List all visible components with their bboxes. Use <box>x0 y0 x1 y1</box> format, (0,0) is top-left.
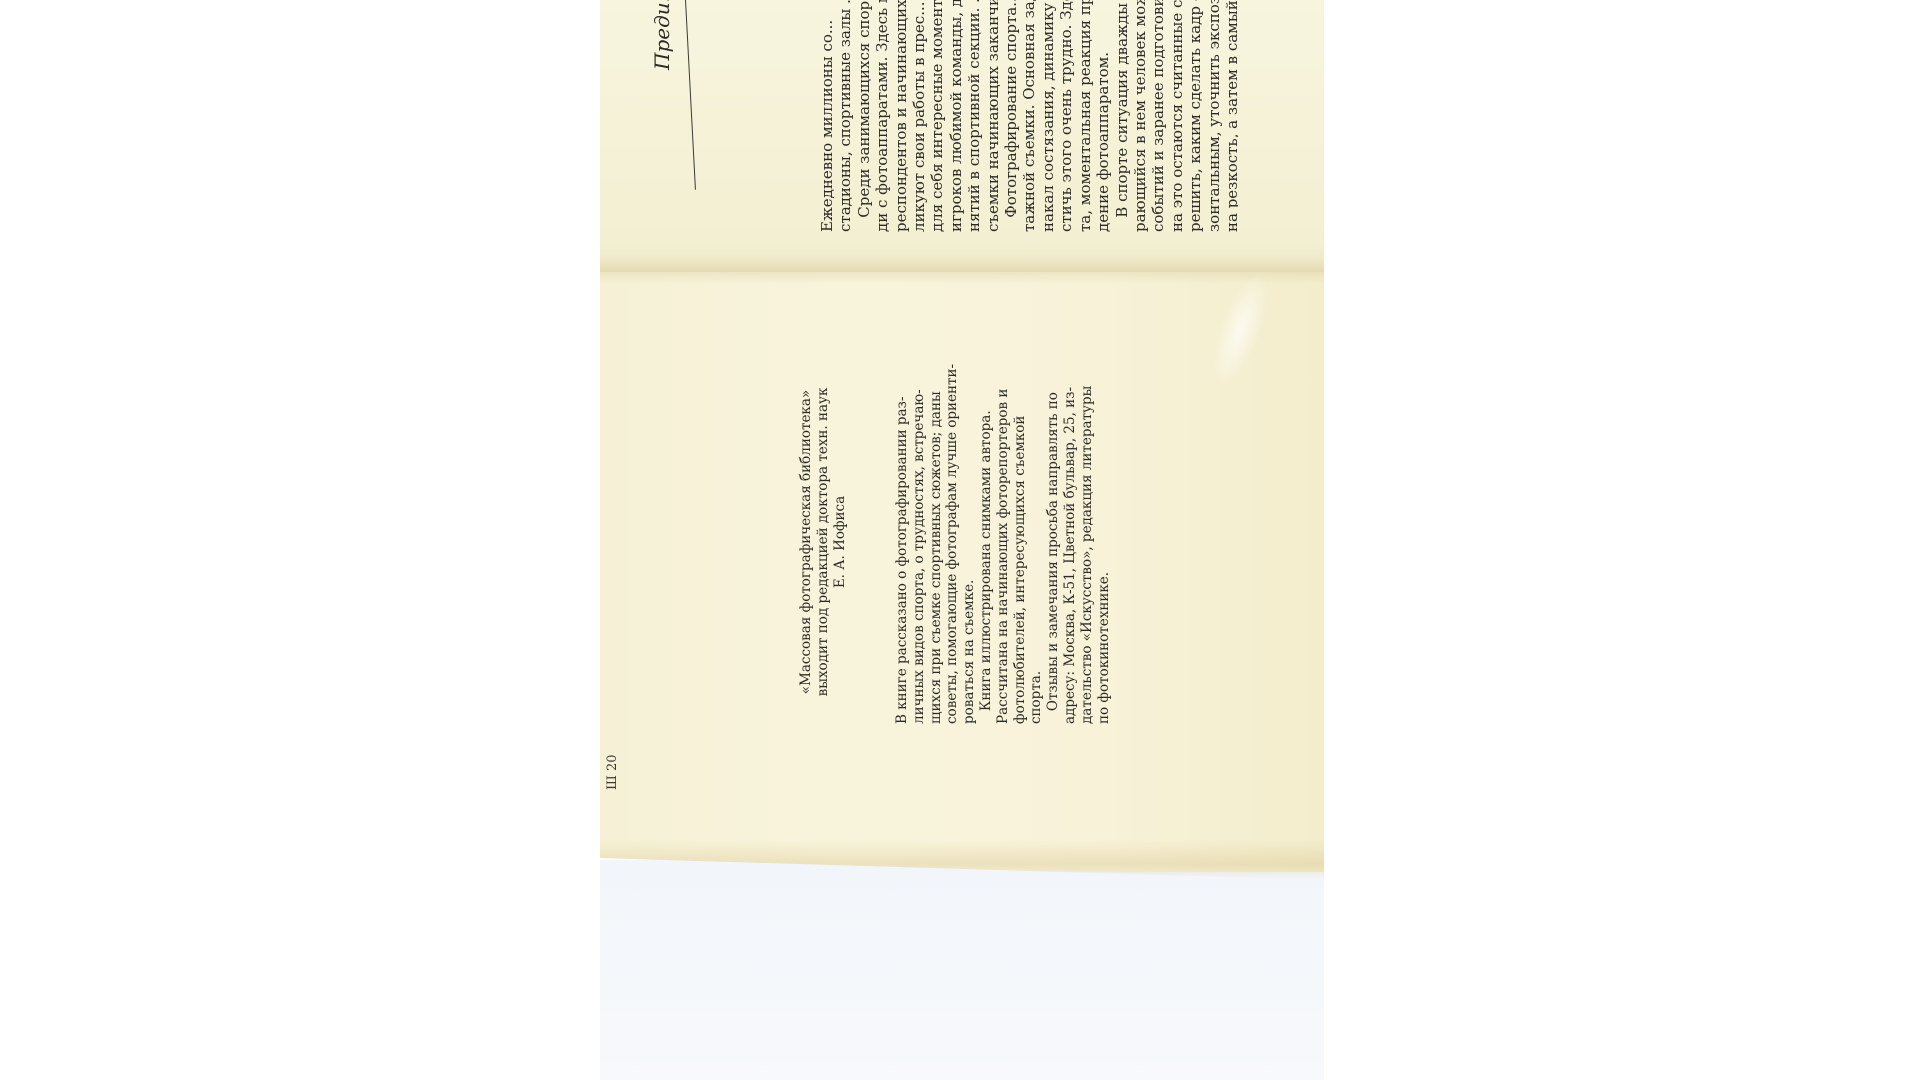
preface-line: съемки начинающих заканчи... <box>984 0 1002 232</box>
preface-line: решить, каким сделать кадр —... <box>1186 0 1204 232</box>
abstract-line: Отзывы и замечания просьба направлять по <box>1045 354 1062 724</box>
preface-heading: Преди... <box>650 0 674 70</box>
preface-line: дение фотоаппаратом. <box>1094 0 1112 232</box>
abstract-line: советы, помогающие фотографам лучше орие… <box>944 354 961 724</box>
abstract-line: адресу: Москва, К-51, Цветной бульвар, 2… <box>1062 354 1079 724</box>
catalog-code: Ш 20 <box>605 754 620 790</box>
preface-line: на резкость, а затем в самый ... <box>1223 0 1238 232</box>
abstract-line: по фотокинотехнике. <box>1096 354 1113 724</box>
abstract-line: Рассчитана на начинающих фоторепортеров … <box>995 354 1012 724</box>
preface-line: ликуют свои работы в прес... <box>910 0 928 232</box>
preface-line: стадионы, спортивные залы ... <box>836 0 854 232</box>
preface-line: В спорте ситуация дважды ... <box>1113 0 1131 232</box>
abstract-line: щихся при съемке спортивных сюжетов; дан… <box>928 354 945 724</box>
book-abstract: В книге рассказано о фотографировании ра… <box>894 354 1112 724</box>
preface-line: нятий в спортивной секции. ... <box>965 0 983 232</box>
preface-line: на это остаются считанные се... <box>1168 0 1186 232</box>
abstract-line: фотолюбителей, интересующихся съемкой <box>1012 354 1029 724</box>
series-note: «Массовая фотографическая библиотека»вых… <box>798 372 849 712</box>
series-line: Е. А. Иофиса <box>832 372 849 712</box>
preface-line: Среди занимающихся спор... <box>855 0 873 232</box>
abstract-line: В книге рассказано о фотографировании ра… <box>894 354 911 724</box>
preface-line: накал состязания, динамику ... <box>1039 0 1057 232</box>
background-surface <box>600 860 1324 1080</box>
preface-line: стичь этого очень трудно. Зде... <box>1057 0 1075 232</box>
preface-text: Ежедневно миллионы со...стадионы, спорти… <box>818 0 1238 232</box>
abstract-line: роваться на съемке. <box>961 354 978 724</box>
preface-line: Фотографирование спорта... <box>1002 0 1020 232</box>
preface-line: рающийся в нем человек мож... <box>1131 0 1149 232</box>
abstract-line: личных видов спорта, о трудностях, встре… <box>911 354 928 724</box>
preface-line: тажной съемки. Основная зад... <box>1020 0 1038 232</box>
paper-crease <box>1201 267 1280 393</box>
preface-line: та, моментальная реакция пр... <box>1076 0 1094 232</box>
preface-line: для себя интересные момент... <box>928 0 946 232</box>
preface-line: респондентов и начинающих ... <box>892 0 910 232</box>
preface-line: событий и заранее подготовит... <box>1149 0 1167 232</box>
series-line: «Массовая фотографическая библиотека» <box>798 372 815 712</box>
abstract-line: Книга иллюстрирована снимками автора. <box>978 354 995 724</box>
preface-line: игроков любимой команды, д... <box>947 0 965 232</box>
preface-line: Ежедневно миллионы со... <box>818 0 836 232</box>
series-line: выходит под редакцией доктора техн. наук <box>815 372 832 712</box>
preface-line: ди с фотоаппаратами. Здесь м... <box>873 0 891 232</box>
preface-line: зонтальным, уточнить экспоз... <box>1205 0 1223 232</box>
abstract-line: спорта. <box>1028 354 1045 724</box>
abstract-line: дательство «Искусство», редакция литерат… <box>1079 354 1096 724</box>
page-fold <box>600 258 1324 284</box>
